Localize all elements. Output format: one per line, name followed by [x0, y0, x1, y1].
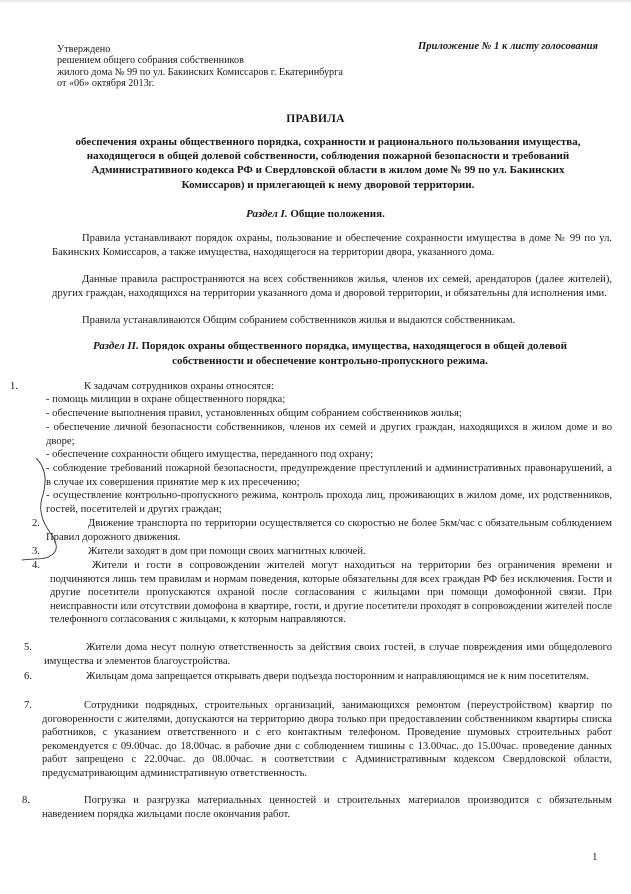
list-item: 7. Сотрудники подрядных, строительных ор…	[42, 699, 612, 781]
list-item: 8. Погрузка и разгрузка материальных цен…	[42, 794, 612, 821]
section-1-heading: Раздел I. Общие положения.	[0, 208, 631, 220]
approval-line: от «06» октября 2013г.	[57, 78, 343, 89]
bullet-item: - соблюдение требований пожарной безопас…	[46, 462, 612, 489]
section-1-paragraph: Правила устанавливаются Общим собранием …	[52, 314, 612, 328]
bullet-item: - обеспечение личной безопасности собств…	[46, 421, 612, 448]
list-item: 5. Жители дома несут полную ответственно…	[44, 641, 612, 668]
appendix-label: Приложение № 1 к листу голосования	[418, 41, 598, 52]
document-page: Утверждено решением общего собрания собс…	[0, 0, 631, 894]
bullet-item: - помощь милиции в охране общественного …	[46, 393, 612, 407]
section-1-paragraph: Данные правила распространяются на всех …	[52, 273, 612, 300]
document-title: ПРАВИЛА	[0, 113, 631, 125]
list-item: 2. Движение транспорта по территории осу…	[46, 517, 612, 544]
section-1-paragraph: Правила устанавливают порядок охраны, по…	[52, 232, 612, 259]
section-1-title: Общие положения.	[290, 208, 385, 220]
bullet-item: - обеспечение сохранности общего имущест…	[46, 448, 612, 462]
list-item: 3. Жители заходят в дом при помощи своих…	[46, 545, 612, 559]
list-item: 1. К задачам сотрудников охраны относятс…	[42, 380, 612, 394]
bullet-item: - осуществление контрольно-пропускного р…	[46, 489, 612, 516]
list-item: 6. Жильцам дома запрещается открывать дв…	[44, 670, 612, 684]
section-2-title: Порядок охраны общественного порядка, им…	[141, 340, 567, 367]
approval-line: решением общего собрания собственников	[57, 55, 343, 66]
approval-block: Утверждено решением общего собрания собс…	[57, 44, 343, 90]
document-subtitle: обеспечения охраны общественного порядка…	[62, 135, 594, 192]
list-item: 4. Жители и гости в сопровождении жителе…	[50, 559, 612, 627]
approval-line: Утверждено	[57, 44, 343, 55]
page-number: 1	[592, 851, 598, 863]
bullet-item: - обеспечение выполнения правил, установ…	[46, 407, 612, 421]
approval-line: жилого дома № 99 по ул. Бакинских Комисс…	[57, 67, 343, 78]
scan-edge	[0, 0, 631, 2]
section-2-label: Раздел II.	[93, 340, 139, 352]
section-2-heading: Раздел II. Порядок охраны общественного …	[80, 339, 580, 369]
section-1-label: Раздел I.	[246, 208, 287, 220]
